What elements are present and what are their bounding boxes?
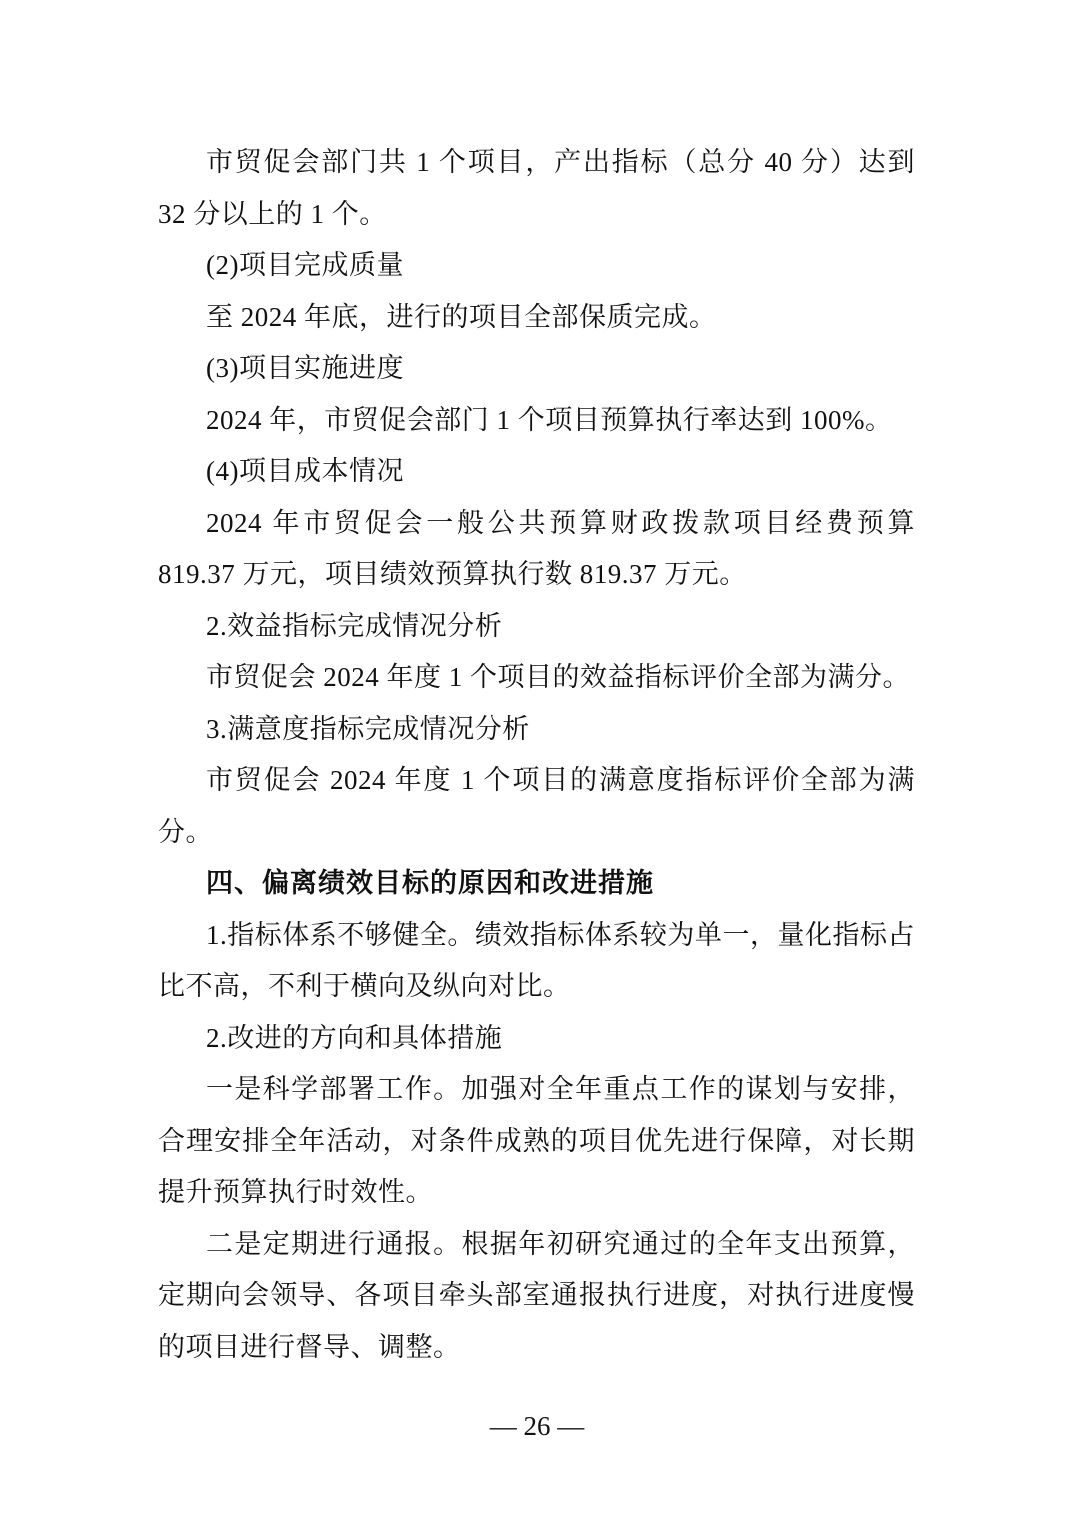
- subhead-satisfaction-indicator-analysis: 3.满意度指标完成情况分析: [158, 704, 915, 756]
- subhead-benefit-indicator-analysis: 2.效益指标完成情况分析: [158, 601, 915, 653]
- paragraph-output-indicator-summary: 市贸促会部门共 1 个项目，产出指标（总分 40 分）达到 32 分以上的 1 …: [158, 137, 915, 240]
- page-number: — 26 —: [490, 1411, 585, 1441]
- paragraph-implementation-progress-detail: 2024 年，市贸促会部门 1 个项目预算执行率达到 100%。: [158, 395, 915, 447]
- subhead-improvement-measures: 2.改进的方向和具体措施: [158, 1013, 915, 1065]
- subhead-project-completion-quality: (2)项目完成质量: [158, 240, 915, 292]
- paragraph-benefit-indicator-detail: 市贸促会 2024 年度 1 个项目的效益指标评价全部为满分。: [158, 652, 915, 704]
- subhead-project-implementation-progress: (3)项目实施进度: [158, 343, 915, 395]
- section-heading-deviation-causes: 四、偏离绩效目标的原因和改进措施: [158, 858, 915, 910]
- paragraph-indicator-system-issue: 1.指标体系不够健全。绩效指标体系较为单一，量化指标占比不高，不利于横向及纵向对…: [158, 910, 915, 1013]
- document-page: 市贸促会部门共 1 个项目，产出指标（总分 40 分）达到 32 分以上的 1 …: [0, 0, 1074, 1520]
- document-body: 市贸促会部门共 1 个项目，产出指标（总分 40 分）达到 32 分以上的 1 …: [158, 137, 915, 1373]
- subhead-project-cost: (4)项目成本情况: [158, 446, 915, 498]
- paragraph-project-cost-detail: 2024 年市贸促会一般公共预算财政拨款项目经费预算 819.37 万元，项目绩…: [158, 498, 915, 601]
- paragraph-completion-quality-detail: 至 2024 年底，进行的项目全部保质完成。: [158, 292, 915, 344]
- paragraph-satisfaction-indicator-detail: 市贸促会 2024 年度 1 个项目的满意度指标评价全部为满分。: [158, 755, 915, 858]
- paragraph-measure-periodic-reporting: 二是定期进行通报。根据年初研究通过的全年支出预算，定期向会领导、各项目牵头部室通…: [158, 1219, 915, 1374]
- page-footer: — 26 —: [0, 1408, 1074, 1444]
- paragraph-measure-scientific-planning: 一是科学部署工作。加强对全年重点工作的谋划与安排，合理安排全年活动，对条件成熟的…: [158, 1064, 915, 1219]
